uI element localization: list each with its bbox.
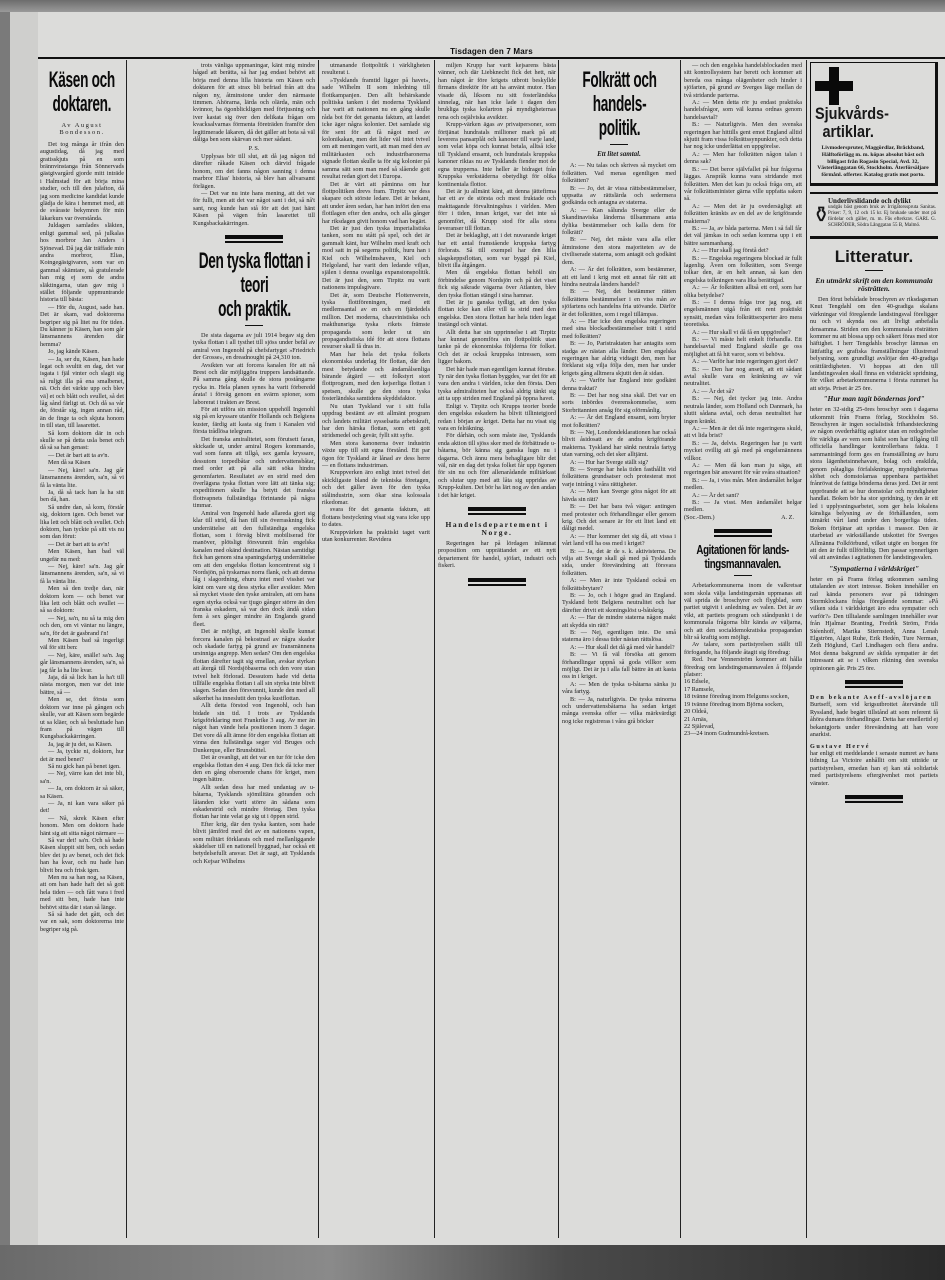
column-divider xyxy=(434,60,435,1238)
paragraph: — Nej, käre, snälle! sa'n. Jag går länsm… xyxy=(40,652,124,674)
literature-item-title: "Sympatierna i världskriget" xyxy=(810,565,938,573)
paragraph: Så kom doktorn där in och skulle se på d… xyxy=(40,430,124,452)
red-cross-icon xyxy=(815,67,853,105)
schedule-line: 21 Arnäs, xyxy=(684,716,802,723)
section-title-litteratur: Litteratur. xyxy=(810,247,938,267)
paragraph: Enligt v. Tirpitz och Krupps teorier bor… xyxy=(438,403,556,433)
column-7: Sjukvårds- artiklar. Livmoderspruter, Ma… xyxy=(810,62,938,1242)
paragraph: trots vänliga uppmaningar, känt mig mind… xyxy=(193,62,315,143)
paragraph: Det här hade man egentligen kunnat förut… xyxy=(438,366,556,403)
paragraph: Jo, jag kände Käsen. xyxy=(40,348,124,355)
ps-text-2: — Det var nu inte hans mening, att det v… xyxy=(193,190,315,227)
schedule-line: 23—24 inom Gudmundrå-kretsen. xyxy=(684,730,802,737)
article-body-folkratt-col6: — och den engelska handelsblockaden med … xyxy=(684,62,802,514)
paragraph: B.: — Den har nog ansett, att ett sådant… xyxy=(684,366,802,388)
paragraph: — Ja, ni kan vara säker på det! xyxy=(40,800,124,815)
paragraph: Det är just den tyska imperialistiska ta… xyxy=(322,225,430,292)
headline-line-2: och praktik. xyxy=(218,296,291,321)
paragraph: Nu utan Tyskland var i sitt fulla uppdra… xyxy=(322,403,430,440)
notice-text-herve: har enligt ett meddelande i senaste numr… xyxy=(810,750,938,787)
paragraph: Amiral von Ingenohl hade allareda gjort … xyxy=(193,510,315,629)
paragraph: B: — Vi få väl försöka att genom förhand… xyxy=(562,651,676,681)
notice-title-herve: Gustave Hervé xyxy=(810,743,938,750)
paragraph: B.: — Ja, delvis. Regeringen har ju vari… xyxy=(684,440,802,462)
schedule-line: 20 Oldeå, xyxy=(684,708,802,715)
paragraph: — Hör du, August, sade han. Det är skam,… xyxy=(40,304,124,348)
paragraph: Men se, det första som doktorn var inne … xyxy=(40,696,124,740)
signoff-initials: A. Z. xyxy=(781,514,794,521)
paragraph: Det tog många år ifrån den augustidag, d… xyxy=(40,141,124,222)
paragraph: Men Käsen, han bad väl ungefär nu med: xyxy=(40,548,124,563)
article-body-agitationen: Arbetarkommunerna inom de valkretsar som… xyxy=(684,582,802,678)
paragraph: De sista dagarna av juli 1914 begav sig … xyxy=(193,332,315,362)
article-separator xyxy=(225,235,283,241)
paragraph: A: — Hur skall det då gå med vår handel? xyxy=(562,644,676,651)
column-4: miljen Krupp har varit kejsarens bästa v… xyxy=(438,62,556,1242)
paragraph: Men stora kanonerna över industrin växte… xyxy=(322,440,430,470)
header-rule xyxy=(38,57,945,59)
lecture-schedule: 16 Edsele,17 Ramsele,18 tvänne föredrag … xyxy=(684,678,802,737)
paragraph: B: — Det har nog sina skäl. Det var en s… xyxy=(562,392,676,414)
section-dash xyxy=(865,270,883,271)
schedule-line: 17 Ramsele, xyxy=(684,686,802,693)
article-body-folkratt: A: — Nu talas och skrives så mycket om f… xyxy=(562,162,676,725)
headline-dash xyxy=(245,325,263,326)
headline-line-1: Den tyska flottan i teori xyxy=(198,248,310,297)
article-separator xyxy=(845,680,903,686)
paragraph: Red. Ivar Vennerström kommer att hålla f… xyxy=(684,656,802,678)
paragraph: miljen Krupp har varit kejsarens bästa v… xyxy=(438,62,556,121)
column-divider xyxy=(318,60,319,1238)
headline-dash xyxy=(610,144,628,145)
paragraph: A.: — Är det så? xyxy=(684,388,802,395)
paragraph: B: — Jo, och i högre grad än England. Ty… xyxy=(562,592,676,614)
signoff-source: (Soc.-Dem.) xyxy=(684,514,715,521)
advertisement-underliv: ⚱ Underlivslidande och dylikt undgås bäs… xyxy=(810,192,938,239)
schedule-line: 22 Själevad, xyxy=(684,723,802,730)
paragraph: — Ja, om doktorn är så säker, sa Käsen. xyxy=(40,785,124,800)
paragraph: utmanande flottpolitik i värkligheten re… xyxy=(322,62,430,77)
page-date-line: Tisdagen den 7 Mars xyxy=(38,47,945,56)
article-headline-kasen: Käsen och doktaren. xyxy=(46,68,119,116)
paragraph: A: — Nu talas och skrives så mycket om f… xyxy=(562,162,676,184)
article-headline-flottan: Den tyska flottan i teori och praktik. xyxy=(197,249,310,321)
headline-line-2: tingsmannavalen. xyxy=(705,556,781,571)
paragraph: A: — Varför har England inte godkänt den… xyxy=(562,377,676,392)
notice-headline-handelsdep: Handelsdepartement i Norge. xyxy=(438,521,556,537)
paragraph: A: — Men kan Sverge göra något för att h… xyxy=(562,488,676,503)
paragraph: Av talare, som partistyrelsen ställt til… xyxy=(684,641,802,656)
column-1: Käsen och doktaren. Av August Bondesson.… xyxy=(40,62,124,1242)
paragraph: A: — Men de tyska u-båtarna sänka ju vår… xyxy=(562,681,676,696)
article-body-flottan-col3: utmanande flottpolitik i värkligheten re… xyxy=(322,62,430,543)
paragraph: B: — Jo, det är vissa rättsbestämmelser,… xyxy=(562,185,676,207)
article-body-flottan-col4: miljen Krupp har varit kejsarens bästa v… xyxy=(438,62,556,499)
paragraph: Så var det! sa'n. Och så hade Käsen slup… xyxy=(40,837,124,874)
ps-text: Upplysas bör till slut, att då jag någon… xyxy=(193,153,315,190)
paragraph: B: — Jo, Paristraktaten har antagits som… xyxy=(562,340,676,377)
column-kasen-continued: trots vänliga uppmaningar, känt mig mind… xyxy=(193,62,315,1242)
article-byline: Av August Bondesson. xyxy=(40,122,124,137)
ad-text: undgås bäst genom bruk av Irrigatorsspru… xyxy=(828,205,936,229)
paragraph: A.: — Men det är ju ovedersägligt att fo… xyxy=(684,203,802,225)
paragraph: — Nå, skrek Käsen efter honom. Men om do… xyxy=(40,815,124,837)
paragraph: — och den engelska handelsblockaden med … xyxy=(684,62,802,99)
paragraph: A: — Har icke den engelska regeringen me… xyxy=(562,318,676,340)
paragraph: B: — Nej, Londondeklarationen har också … xyxy=(562,429,676,459)
paragraph: Det är, som Deutsche Flottenverein, tysk… xyxy=(322,292,430,351)
paragraph: För att utföra sin mission uppehöll Inge… xyxy=(193,406,315,436)
paragraph: För dårhän, och som måste äse, Tysklands… xyxy=(438,432,556,499)
paragraph: Kruppverken äro enligt intet tvivel det … xyxy=(322,469,430,506)
paragraph: B: — Sverge har hela tiden fasthållit vi… xyxy=(562,466,676,488)
paragraph: B.: — Vi måste helt enkelt förhandla. Et… xyxy=(684,336,802,358)
paragraph: Man har hela det tyska folkets ekonomisk… xyxy=(322,351,430,403)
paragraph: Det är beklagligt, att i det nuvarande k… xyxy=(438,232,556,269)
paragraph: Men då engelska flottan behöll sin förbi… xyxy=(438,269,556,299)
paragraph: B.: — Ja, av båda parterna. Men i så fal… xyxy=(684,225,802,247)
paragraph: — Det är bart att ta av'n. xyxy=(40,452,124,459)
paragraph: B.: — Det beror självfallet på hur frågo… xyxy=(684,166,802,203)
headline-line-1: Agitationen för lands- xyxy=(697,542,790,557)
schedule-line: 19 tvänne föredrag inom Björna socken, xyxy=(684,701,802,708)
paragraph: B: — Nej, det bestämmer rätten folkrätte… xyxy=(562,288,676,318)
paragraph: Men så den tredje dan, när doktorn kom —… xyxy=(40,585,124,615)
paragraph: A.: — Är folkrätten alltså ett ord, som … xyxy=(684,284,802,299)
literature-item-text: Den förut bebådade broschyren av riksdag… xyxy=(810,296,938,392)
paragraph: Så undre dan, så kom, förstår sig, dokto… xyxy=(40,504,124,541)
paragraph: A.: — Men är det då inte regeringens sku… xyxy=(684,425,802,440)
paragraph: B: — Det har bara två vägar: antingen me… xyxy=(562,503,676,533)
paragraph: A.: — Men har folkrätten någon talan i d… xyxy=(684,151,802,166)
column-divider xyxy=(126,60,127,1238)
article-signoff: (Soc.-Dem.) A. Z. xyxy=(684,514,802,521)
paragraph: A: — Kan sålunda Sverge eller de Skandin… xyxy=(562,207,676,237)
paragraph: Juldagen samlades släkten, enligt gammal… xyxy=(40,222,124,303)
paragraph: Det är ju allmänt känt, att denna jättef… xyxy=(438,188,556,232)
headline-line-2: politik. xyxy=(598,115,639,140)
advertisement-sjukvard: Sjukvårds- artiklar. Livmoderspruter, Ma… xyxy=(810,62,938,186)
paragraph: A: — Har de mindre staterna någon makt a… xyxy=(562,614,676,629)
column-3: utmanande flottpolitik i värkligheten re… xyxy=(322,62,430,1242)
literature-item-title: "Hur man tagit böndernas jord" xyxy=(810,395,938,403)
notice-title-aseff: Den bekante Aseff-avslöjaren xyxy=(810,694,938,701)
paragraph: »Tysklands framtid ligger på havet», sad… xyxy=(322,77,430,181)
paragraph: Ja, då så tack han la ha sitt ben då, ha… xyxy=(40,489,124,504)
paragraph: Så så hade det gått, och det var en sak,… xyxy=(40,911,124,933)
paragraph: B: — Nej, egentligen inte. De små stater… xyxy=(562,629,676,644)
column-5: Folkrätt och handels- politik. Ett litet… xyxy=(562,62,676,1242)
paragraph: Det är möjligt, att Ingenohl skulle kunn… xyxy=(193,628,315,702)
paragraph: Men nu sa han nog, sa Käsen, att om han … xyxy=(40,874,124,911)
notice-text-handelsdep: Regeringen har på lördagen inlämnat prop… xyxy=(438,540,556,570)
article-subhead: Ett litet samtal. xyxy=(562,151,676,158)
paragraph: Avsikten var att forcera kanalen för att… xyxy=(193,362,315,406)
paragraph: Så nu gick han på benet igen. xyxy=(40,763,124,770)
paragraph: A: — Hur kommer det sig då, att vissa i … xyxy=(562,533,676,548)
paragraph: Allt sedan dess har med undantag av u-bå… xyxy=(193,784,315,821)
paragraph: A: — Hur har Sverge ställt sig? xyxy=(562,459,676,466)
paragraph: Det franska amiralitetet, som förutsett … xyxy=(193,436,315,510)
paragraph: A.: — Är det sant? xyxy=(684,492,802,499)
article-body-kasen-continued: trots vänliga uppmaningar, känt mig mind… xyxy=(193,62,315,143)
schedule-line: 16 Edsele, xyxy=(684,678,802,685)
paragraph: Men då sa Käsen xyxy=(40,459,124,466)
paragraph: A.: — Varför har inte regeringen gjort d… xyxy=(684,358,802,365)
paragraph: Ja, jag är ju det, sa Käsen. xyxy=(40,741,124,748)
ad-title: Sjukvårds- artiklar. xyxy=(815,105,881,141)
paragraph: Allt detta förstod von Ingenohl, och han… xyxy=(193,702,315,754)
syringe-icon: ⚱ xyxy=(812,198,824,232)
paragraph: A: — Men är inte Tyskland också en folkr… xyxy=(562,577,676,592)
column-divider xyxy=(680,60,681,1238)
paragraph: Krupp-värken ägas av privatpersoner, som… xyxy=(438,121,556,188)
paragraph: Allt detta har sin upprinnelse i att Tir… xyxy=(438,329,556,366)
paragraph: B: — Nej, det måste vara alla eller åtmi… xyxy=(562,236,676,266)
headline-line-1: Folkrätt och handels- xyxy=(582,67,656,116)
paragraph: B.: — Ja, i viss mån. Men ändamålet helg… xyxy=(684,477,802,492)
article-headline-folkratt: Folkrätt och handels- politik. xyxy=(566,68,672,140)
article-body-flottan: De sista dagarna av juli 1914 begav sig … xyxy=(193,332,315,865)
paragraph: B.: — Nej, det tycker jag inte. Andra ne… xyxy=(684,395,802,425)
paragraph: Det är ovanligt, att det var en tur för … xyxy=(193,754,315,784)
literature-item-text: heter en på Frams förlag utkommen samlin… xyxy=(810,576,938,672)
page-margin xyxy=(10,12,38,1252)
article-separator xyxy=(468,578,526,584)
article-separator xyxy=(468,507,526,513)
ad-text: Livmoderspruter, Maggördlar, Bråckband, … xyxy=(815,145,931,179)
scan-background-bottom xyxy=(0,1245,945,1280)
paragraph: B.: — I denna fråga tror jag nog, att en… xyxy=(684,299,802,329)
notice-text-aseff: Burtseff, som vid krigsutbrottet återvän… xyxy=(810,701,938,738)
article-separator xyxy=(845,795,903,801)
paragraph: — Nej, käre! sa'n. Jag går länsmannens ä… xyxy=(40,563,124,585)
schedule-line: 18 tvänne föredrag inom Helgums socken, xyxy=(684,693,802,700)
paragraph: A.: — Hur skall vi då få en uppgörelse? xyxy=(684,329,802,336)
paragraph: Men Käsen bad så ingerligt väl för sitt … xyxy=(40,637,124,652)
scan-background-top xyxy=(0,0,945,12)
paragraph: Jaja, då så lick han la ha't till nästa … xyxy=(40,674,124,696)
paragraph: A.: — Men detta rör ju endast praktiska … xyxy=(684,99,802,121)
paragraph: A: — Är det England ensamt, som bryter m… xyxy=(562,414,676,429)
paragraph: A.: — Hur skall jag förstå det? xyxy=(684,247,802,254)
literature-item-text: heter en 32-sidig 25-öres broschyr som i… xyxy=(810,406,938,562)
paragraph: Arbetarkommunerna inom de valkretsar som… xyxy=(684,582,802,641)
paragraph: — Ja, tyckte ni, doktorn, hur det är med… xyxy=(40,748,124,763)
article-headline-agitationen: Agitationen för lands- tingsmannavalen. xyxy=(685,543,800,571)
paragraph: svara för det genanta faktum, att flotta… xyxy=(322,506,430,528)
paragraph: Det är värt att påminna om hur flottpoli… xyxy=(322,181,430,225)
paragraph: A.: — Men då kan man ju säga, att regeri… xyxy=(684,462,802,477)
column-6: — och den engelska handelsblockaden med … xyxy=(684,62,802,1242)
paragraph: Det är ju ganska tydligt, att den tyska … xyxy=(438,299,556,329)
paragraph: B.: — Engelska regeringens blockad är fu… xyxy=(684,255,802,285)
paragraph: B: — Ja, naturligtvis. De tyska minorna … xyxy=(562,696,676,726)
column-divider xyxy=(806,60,807,1238)
paragraph: B.: — Naturligtvis. Men den svenska rege… xyxy=(684,121,802,151)
paragraph: Kruppvärken ha praktiskt taget varit uta… xyxy=(322,529,430,544)
article-separator xyxy=(714,529,772,535)
ps-label: P. S. xyxy=(193,145,315,152)
paragraph: — Ja, ser du, Käsen, han hade legat och … xyxy=(40,356,124,430)
paragraph: — Nej, sa'n, nu så ta mig den och den, o… xyxy=(40,615,124,637)
column-divider xyxy=(558,60,559,1238)
literature-item-title: En utmärkt skrift om den kommunala röstr… xyxy=(810,277,938,293)
paragraph: Efter krig, där den tyska kanten, som ha… xyxy=(193,821,315,865)
article-body-kasen: Det tog många år ifrån den augustidag, d… xyxy=(40,141,124,933)
paragraph: B: — Ja, det är de s. k. aktivisterna. D… xyxy=(562,548,676,578)
ad-title-line-2: artiklar. xyxy=(822,122,873,141)
paragraph: — Det är bart att ta av'n! xyxy=(40,541,124,548)
headline-dash xyxy=(734,575,752,576)
paragraph: — Nej, värre kan det inte bli, sa'n. xyxy=(40,770,124,785)
paragraph: — Nej, käre! sa'n. Jag går länsmannens ä… xyxy=(40,467,124,489)
paragraph: B.: — Ja visst. Men ändamålet helgar med… xyxy=(684,499,802,514)
paragraph: A: — Är det folkrätten, som bestämmer, a… xyxy=(562,266,676,288)
ad-title-line-1: Sjukvårds- xyxy=(815,104,889,123)
